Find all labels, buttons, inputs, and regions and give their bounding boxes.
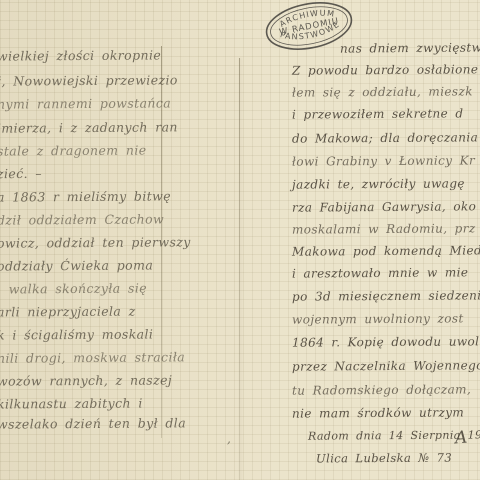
manuscript-line: i przewoziłem sekretne d [292,106,464,121]
manuscript-line: nymi rannemi powstańca [0,95,171,111]
manuscript-line: i aresztowało mnie w mie [292,265,468,280]
manuscript-line: Makowa pod komendą Miedz [292,243,480,258]
manuscript-line: , walka skończyła się [0,280,147,296]
manuscript-line: do Makowa; dla doręczania [292,130,478,145]
ink-mark: , [227,432,231,446]
manuscript-scan: ARCHIWUM W RADOMIU PAŃSTWOWE wielkiej zł… [0,0,480,480]
manuscript-line: po 3d miesięcznem siedzeniu [292,288,480,303]
manuscript-line: dził oddziałem Czachow [0,211,164,227]
manuscript-line: łowi Grabiny v Łownicy Kr [292,153,475,168]
manuscript-line: wielkiej złości okropnie [0,47,161,63]
manuscript-line: nas dniem zwycięstwa i [340,40,480,55]
manuscript-line: zieć. – [0,166,42,181]
manuscript-line: moskalami w Radomiu, prz [292,221,476,236]
address-line: Ulica Lubelska № 73 [316,451,452,466]
manuscript-line: stale z dragonem nie [0,142,147,158]
manuscript-line: jazdki te, zwróciły uwagę [292,176,465,191]
manuscript-line: wojennym uwolniony zost [292,311,464,326]
manuscript-line: przez Naczelnika Wojennego [292,358,480,373]
manuscript-line: arli nieprzyjaciela z [0,304,136,320]
archive-oval-stamp: ARCHIWUM W RADOMIU PAŃSTWOWE [256,0,362,60]
manuscript-line: kilkunastu zabitych i [0,395,143,411]
manuscript-line: Z powodu bardzo osłabione [292,62,478,77]
page-fold-line [239,58,240,480]
manuscript-line: k i ścigaliśmy moskali [0,326,153,342]
left-page-margin-line [161,46,162,438]
manuscript-line: imierza, i z zadanych ran [0,119,178,135]
manuscript-line: owicz, oddział ten pierwszy [0,234,191,250]
manuscript-line: a 1863 r mieliśmy bitwę [0,188,171,204]
manuscript-line: łem się z oddziału, mieszk [292,84,473,99]
signature-fragment: A [454,428,468,449]
manuscript-line: rza Fabijana Gawrysia, oko [292,199,476,214]
manuscript-line: ł, Nowowiejski przewiezio [0,72,178,88]
manuscript-line: nie mam środków utrzym [292,405,464,420]
manuscript-line: wszelako dzień ten był dla [0,415,186,431]
manuscript-line: tu Radomskiego dołączam, [292,382,471,397]
manuscript-line: nili drogi, moskwa straciła [0,349,185,365]
manuscript-line: oddziały Ćwieka poma [0,257,153,273]
manuscript-line: wozów rannych, z naszej [0,372,172,388]
manuscript-line: 1864 r. Kopię dowodu uwoln [292,334,480,349]
